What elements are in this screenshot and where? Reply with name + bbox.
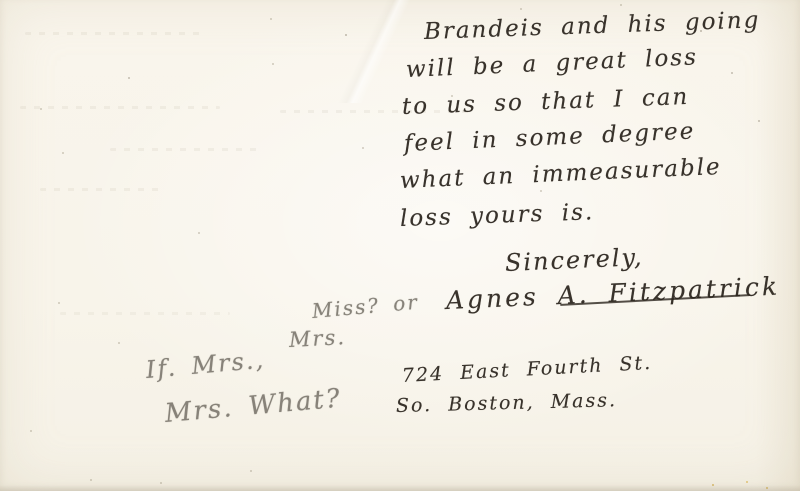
letter-body-line-1: Brandeis and his going (424, 8, 761, 45)
paper-streak (20, 106, 220, 109)
pencil-note-miss-or: Miss? or (311, 291, 420, 322)
signature: Agnes A. Fitzpatrick (445, 272, 780, 314)
paper-streak (40, 188, 160, 191)
paper-streak (110, 148, 260, 151)
pencil-note-mrs-what: Mrs. What? (164, 385, 343, 429)
paper-bottom-edge (0, 485, 800, 491)
return-address-line-1: 724 East Fourth St. (401, 353, 652, 387)
paper-crease (300, 0, 450, 103)
letter-body-line-4: feel in some degree (403, 119, 695, 157)
paper-streak (60, 312, 230, 315)
letter-body-line-6: loss yours is. (400, 200, 595, 232)
paper-wrinkle-edge (745, 0, 800, 491)
return-address-line-2: So. Boston, Mass. (396, 390, 618, 417)
letter-body-line-5: what an immeasurable (399, 155, 722, 194)
letter-closing: Sincerely, (504, 244, 644, 276)
paper-foxing-spots (0, 0, 2, 2)
pencil-note-mrs: Mrs. (288, 326, 346, 352)
paper-streak (25, 32, 205, 35)
pencil-note-if-mrs: If. Mrs., (145, 347, 266, 384)
letter-scan: Brandeis and his going will be a great l… (0, 0, 800, 491)
